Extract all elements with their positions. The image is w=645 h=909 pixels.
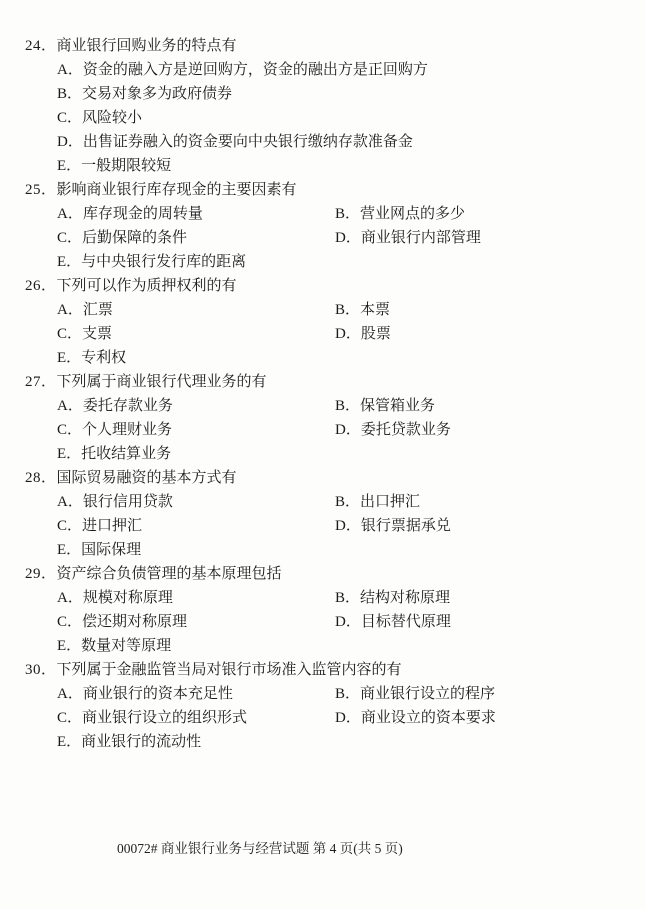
- option-text: 偿还期对称原理: [82, 614, 187, 630]
- option-b: B．出口押汇: [335, 490, 420, 514]
- option-text: 规模对称原理: [83, 590, 173, 606]
- option-a: A．商业银行的资本充足性: [57, 682, 233, 706]
- option-label: E．: [57, 446, 81, 462]
- page-footer: 00072# 商业银行业务与经营试题 第 4 页(共 5 页): [117, 837, 403, 861]
- option-label: E．: [57, 542, 81, 558]
- option-text: 商业银行的资本充足性: [83, 686, 233, 702]
- option-b: B．商业银行设立的程序: [335, 682, 495, 706]
- question-stem: 下列属于商业银行代理业务的有: [57, 374, 267, 390]
- option-a: A．资金的融入方是逆回购方，资金的融出方是正回购方: [57, 58, 428, 82]
- option-e: E．与中央银行发行库的距离: [57, 250, 246, 274]
- option-e: E．数量对等原理: [57, 634, 171, 658]
- option-label: D．: [57, 134, 83, 150]
- option-label: E．: [57, 638, 81, 654]
- question-stem: 商业银行回购业务的特点有: [57, 38, 237, 54]
- option-text: 股票: [361, 326, 391, 342]
- option-label: D．: [335, 326, 361, 342]
- option-text: 银行信用贷款: [83, 494, 173, 510]
- option-label: A．: [57, 302, 83, 318]
- option-label: C．: [57, 710, 82, 726]
- question-number: 27．: [25, 374, 57, 390]
- option-text: 出售证券融入的资金要向中央银行缴纳存款准备金: [83, 134, 413, 150]
- option-text: 库存现金的周转量: [83, 206, 203, 222]
- option-text: 商业银行设立的组织形式: [82, 710, 247, 726]
- question-26: 26．下列可以作为质押权利的有 A．汇票 B．本票 C．支票 D．股票 E．专利…: [25, 274, 637, 370]
- option-text: 委托存款业务: [83, 398, 173, 414]
- option-text: 银行票据承兑: [361, 518, 451, 534]
- option-d: D．银行票据承兑: [335, 514, 451, 538]
- option-text: 目标替代原理: [361, 614, 451, 630]
- option-label: C．: [57, 230, 82, 246]
- option-label: C．: [57, 110, 82, 126]
- option-text: 国际保理: [81, 542, 141, 558]
- option-label: D．: [335, 230, 361, 246]
- question-stem: 影响商业银行库存现金的主要因素有: [57, 182, 297, 198]
- option-label: D．: [335, 422, 361, 438]
- questions-list: 24．商业银行回购业务的特点有 A．资金的融入方是逆回购方，资金的融出方是正回购…: [25, 34, 637, 754]
- question-stem: 下列属于金融监管当局对银行市场准入监管内容的有: [57, 662, 402, 678]
- question-29: 29．资产综合负债管理的基本原理包括 A．规模对称原理 B．结构对称原理 C．偿…: [25, 562, 637, 658]
- option-label: A．: [57, 686, 83, 702]
- question-25: 25．影响商业银行库存现金的主要因素有 A．库存现金的周转量 B．营业网点的多少…: [25, 178, 637, 274]
- option-text: 商业银行内部管理: [361, 230, 481, 246]
- option-text: 商业银行设立的程序: [360, 686, 495, 702]
- option-label: B．: [335, 686, 360, 702]
- option-c: C．个人理财业务: [57, 418, 172, 442]
- option-label: C．: [57, 326, 82, 342]
- question-24: 24．商业银行回购业务的特点有 A．资金的融入方是逆回购方，资金的融出方是正回购…: [25, 34, 637, 178]
- option-text: 支票: [82, 326, 112, 342]
- question-30: 30．下列属于金融监管当局对银行市场准入监管内容的有 A．商业银行的资本充足性 …: [25, 658, 637, 754]
- option-a: A．银行信用贷款: [57, 490, 173, 514]
- option-label: B．: [335, 590, 360, 606]
- question-number: 24．: [25, 38, 57, 54]
- option-label: A．: [57, 398, 83, 414]
- option-label: D．: [335, 710, 361, 726]
- option-b: B．营业网点的多少: [335, 202, 465, 226]
- option-label: A．: [57, 494, 83, 510]
- option-label: D．: [335, 518, 361, 534]
- option-text: 一般期限较短: [81, 158, 171, 174]
- option-b: B．交易对象多为政府债券: [57, 82, 232, 106]
- question-stem: 下列可以作为质押权利的有: [57, 278, 237, 294]
- option-text: 与中央银行发行库的距离: [81, 254, 246, 270]
- option-text: 交易对象多为政府债券: [82, 86, 232, 102]
- option-e: E．专利权: [57, 346, 126, 370]
- option-label: B．: [335, 302, 360, 318]
- option-d: D．商业银行内部管理: [335, 226, 481, 250]
- option-label: B．: [335, 206, 360, 222]
- option-text: 风险较小: [82, 110, 142, 126]
- option-label: E．: [57, 254, 81, 270]
- question-number: 30．: [25, 662, 57, 678]
- option-a: A．规模对称原理: [57, 586, 173, 610]
- option-c: C．进口押汇: [57, 514, 142, 538]
- question-number: 29．: [25, 566, 57, 582]
- option-text: 后勤保障的条件: [82, 230, 187, 246]
- option-text: 结构对称原理: [360, 590, 450, 606]
- option-text: 出口押汇: [360, 494, 420, 510]
- option-text: 数量对等原理: [81, 638, 171, 654]
- option-text: 专利权: [81, 350, 126, 366]
- option-label: E．: [57, 158, 81, 174]
- option-text: 委托贷款业务: [361, 422, 451, 438]
- question-number: 28．: [25, 470, 57, 486]
- option-e: E．商业银行的流动性: [57, 730, 201, 754]
- question-number: 26．: [25, 278, 57, 294]
- option-text: 保管箱业务: [360, 398, 435, 414]
- option-label: B．: [335, 398, 360, 414]
- option-text: 资金的融入方是逆回购方，资金的融出方是正回购方: [83, 62, 428, 78]
- option-text: 进口押汇: [82, 518, 142, 534]
- question-27: 27．下列属于商业银行代理业务的有 A．委托存款业务 B．保管箱业务 C．个人理…: [25, 370, 637, 466]
- exam-page: 24．商业银行回购业务的特点有 A．资金的融入方是逆回购方，资金的融出方是正回购…: [0, 0, 645, 909]
- option-e: E．国际保理: [57, 538, 141, 562]
- option-label: B．: [57, 86, 82, 102]
- option-text: 汇票: [83, 302, 113, 318]
- option-label: A．: [57, 590, 83, 606]
- option-label: E．: [57, 734, 81, 750]
- option-d: D．委托贷款业务: [335, 418, 451, 442]
- question-28: 28．国际贸易融资的基本方式有 A．银行信用贷款 B．出口押汇 C．进口押汇 D…: [25, 466, 637, 562]
- option-c: C．支票: [57, 322, 112, 346]
- option-d: D．出售证券融入的资金要向中央银行缴纳存款准备金: [57, 130, 413, 154]
- question-stem: 国际贸易融资的基本方式有: [57, 470, 237, 486]
- option-text: 商业银行的流动性: [81, 734, 201, 750]
- option-text: 商业设立的资本要求: [361, 710, 496, 726]
- option-label: C．: [57, 422, 82, 438]
- option-c: C．后勤保障的条件: [57, 226, 187, 250]
- option-text: 本票: [360, 302, 390, 318]
- option-d: D．目标替代原理: [335, 610, 451, 634]
- option-label: C．: [57, 518, 82, 534]
- option-a: A．汇票: [57, 298, 113, 322]
- question-number: 25．: [25, 182, 57, 198]
- option-label: A．: [57, 206, 83, 222]
- option-label: E．: [57, 350, 81, 366]
- option-label: A．: [57, 62, 83, 78]
- option-label: D．: [335, 614, 361, 630]
- option-a: A．委托存款业务: [57, 394, 173, 418]
- option-text: 营业网点的多少: [360, 206, 465, 222]
- option-d: D．股票: [335, 322, 391, 346]
- option-text: 个人理财业务: [82, 422, 172, 438]
- option-label: C．: [57, 614, 82, 630]
- option-text: 托收结算业务: [81, 446, 171, 462]
- option-a: A．库存现金的周转量: [57, 202, 203, 226]
- option-b: B．结构对称原理: [335, 586, 450, 610]
- option-c: C．商业银行设立的组织形式: [57, 706, 247, 730]
- option-d: D．商业设立的资本要求: [335, 706, 496, 730]
- option-c: C．偿还期对称原理: [57, 610, 187, 634]
- option-label: B．: [335, 494, 360, 510]
- option-e: E．托收结算业务: [57, 442, 171, 466]
- option-c: C．风险较小: [57, 106, 142, 130]
- question-stem: 资产综合负债管理的基本原理包括: [57, 566, 282, 582]
- option-b: B．保管箱业务: [335, 394, 435, 418]
- option-e: E．一般期限较短: [57, 154, 171, 178]
- option-b: B．本票: [335, 298, 390, 322]
